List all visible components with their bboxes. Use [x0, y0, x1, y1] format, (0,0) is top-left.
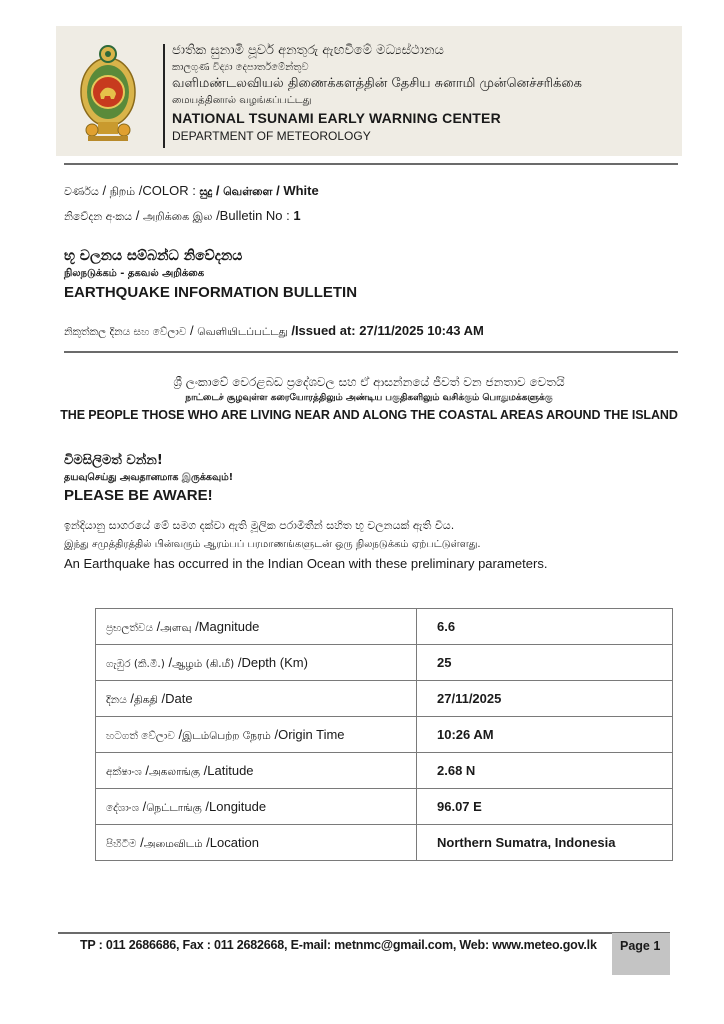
color-line: වර්ණය / நிறம் /COLOR : සුදු / வெள்ளை / W… [64, 183, 319, 200]
parameter-label-si: ගැඹුර (කි.මී.) [106, 658, 165, 670]
bulletin-number: 1 [293, 208, 300, 223]
header-tamil-title: வளிமண்டலவியல் திணைக்களத்தின் தேசிய சுனாம… [172, 75, 582, 93]
issued-label-en: /Issued at: [291, 323, 355, 338]
parameter-label: අක්ෂාංශ /அகலாங்கு /Latitude [96, 753, 417, 789]
aware-english: PLEASE BE AWARE! [64, 485, 233, 506]
color-label-ta: நிறம் [110, 185, 135, 198]
parameter-label-en: /Depth (Km) [238, 655, 308, 670]
bulletin-label-en: /Bulletin No [216, 208, 282, 223]
divider-top [64, 163, 678, 165]
parameter-label-en: /Latitude [204, 763, 254, 778]
parameter-label-ta: இடம்பெற்ற நேரம் [182, 730, 271, 742]
header-sinhala-title: ජාතික සුනාමි පූර්ව අනතුරු ඇඟවීමේ මධ්‍යස්… [172, 42, 582, 60]
sri-lanka-emblem-icon [78, 34, 138, 144]
title-sinhala: භූ චලනය සම්බන්ධ නිවේදනය [64, 246, 357, 266]
audience-english: THE PEOPLE THOSE WHO ARE LIVING NEAR AND… [56, 405, 682, 425]
parameters-table: ප්‍රභලත්වය /அளவு /Magnitude6.6ගැඹුර (කි.… [95, 608, 673, 861]
audience-block: ශ්‍රී ලංකාවේ වෙරළබඩ ප්‍රදේශවල සහ ඒ ආසන්න… [56, 373, 682, 425]
header-english-title: NATIONAL TSUNAMI EARLY WARNING CENTER [172, 108, 582, 128]
bulletin-title: භූ චලනය සම්බන්ධ නිවේදනය நிலநடுக்கம் - தக… [64, 246, 357, 304]
page-number: Page 1 [612, 933, 670, 975]
parameter-label-en: /Location [206, 835, 259, 850]
parameter-label: ගැඹුර (කි.මී.) /ஆழம் (கி.மீ) /Depth (Km) [96, 645, 417, 681]
footer-contact: TP : 011 2686686, Fax : 011 2682668, E-m… [80, 938, 597, 952]
parameter-label-si: පිහිටීම [106, 838, 136, 850]
header-sinhala-subtitle: කාලගුණ විද්‍යා දෙපාර්තමේන්තුව [172, 60, 582, 75]
parameter-label-ta: ஆழம் (கி.மீ) [172, 658, 234, 670]
intro-english: An Earthquake has occurred in the Indian… [64, 554, 547, 574]
parameter-label-si: හටගත් වේලාව [106, 730, 175, 742]
parameter-label-en: /Magnitude [195, 619, 259, 634]
title-tamil: நிலநடுக்கம் - தகவல் அறிக்கை [64, 266, 357, 282]
color-value-ta: வெள்ளை [223, 185, 272, 198]
parameter-value: 2.68 N [417, 753, 673, 789]
header-divider [163, 44, 165, 148]
parameter-value: 10:26 AM [417, 717, 673, 753]
parameter-label-si: දිනය [106, 694, 127, 706]
parameter-label-en: /Date [162, 691, 193, 706]
color-value-si: සුදු [199, 185, 212, 198]
parameter-label: දේශාංශ /நெட்டாங்கு /Longitude [96, 789, 417, 825]
header-text: ජාතික සුනාමි පූර්ව අනතුරු ඇඟවීමේ මධ්‍යස්… [172, 42, 582, 145]
divider-middle [64, 351, 678, 353]
table-row: හටගත් වේලාව /இடம்பெற்ற நேரம் /Origin Tim… [96, 717, 673, 753]
issued-label-ta: வெளியிடப்பட்டது [197, 326, 287, 338]
intro-sinhala: ඉන්දියානු සාගරයේ මේ සමග දක්වා ඇති මූලික … [64, 516, 547, 535]
aware-block: විමසිලිමත් වන්න! தயவுசெய்து அவதானமாக இரு… [64, 451, 233, 506]
parameter-label-en: /Longitude [205, 799, 266, 814]
table-row: අක්ෂාංශ /அகலாங்கு /Latitude2.68 N [96, 753, 673, 789]
parameter-label: පිහිටීම /அமைவிடம் /Location [96, 825, 417, 861]
title-english: EARTHQUAKE INFORMATION BULLETIN [64, 282, 357, 304]
parameter-label-si: දේශාංශ [106, 802, 139, 814]
table-row: දිනය /திகதி /Date27/11/2025 [96, 681, 673, 717]
issued-line: නිකුත්කල දිනය සහ වේලාව / வெளியிடப்பட்டது… [64, 323, 484, 339]
parameter-label-en: /Origin Time [274, 727, 344, 742]
parameter-value: 6.6 [417, 609, 673, 645]
letterhead: ජාතික සුනාමි පූර්ව අනතුරු ඇඟවීමේ මධ්‍යස්… [56, 26, 682, 156]
intro-block: ඉන්දියානු සාගරයේ මේ සමග දක්වා ඇති මූලික … [64, 516, 547, 574]
parameter-value: 96.07 E [417, 789, 673, 825]
parameter-label-si: ප්‍රභලත්වය [106, 622, 153, 634]
color-label-en: /COLOR [139, 183, 189, 198]
table-row: ප්‍රභලත්වය /அளவு /Magnitude6.6 [96, 609, 673, 645]
parameter-value: Northern Sumatra, Indonesia [417, 825, 673, 861]
parameter-label-ta: அமைவிடம் [144, 838, 203, 850]
table-row: පිහිටීම /அமைவிடம் /LocationNorthern Suma… [96, 825, 673, 861]
parameter-label-ta: நெட்டாங்கு [146, 802, 202, 814]
intro-tamil: இந்து சமுத்திரத்தில் பின்வரும் ஆரம்பப் ப… [64, 535, 547, 554]
table-row: දේශාංශ /நெட்டாங்கு /Longitude96.07 E [96, 789, 673, 825]
parameter-value: 25 [417, 645, 673, 681]
divider-footer [58, 932, 670, 934]
issued-value: 27/11/2025 10:43 AM [359, 323, 484, 338]
parameter-value: 27/11/2025 [417, 681, 673, 717]
aware-sinhala: විමසිලිමත් වන්න! [64, 451, 233, 470]
table-row: ගැඹුර (කි.මී.) /ஆழம் (கி.மீ) /Depth (Km)… [96, 645, 673, 681]
parameter-label: ප්‍රභලත්වය /அளவு /Magnitude [96, 609, 417, 645]
bulletin-line: නිවේදන අංකය / அறிக்கை இல /Bulletin No : … [64, 208, 301, 225]
parameter-label-ta: திகதி [134, 694, 158, 706]
header-tamil-subtitle: மையத்தினால் வழங்கப்பட்டது [172, 93, 582, 108]
issued-label-si: නිකුත්කල දිනය සහ වේලාව [64, 326, 186, 338]
color-label-si: වර්ණය [64, 185, 99, 198]
parameter-label: දිනය /திகதி /Date [96, 681, 417, 717]
header-english-subtitle: DEPARTMENT OF METEOROLOGY [172, 128, 582, 145]
audience-sinhala: ශ්‍රී ලංකාවේ වෙරළබඩ ප්‍රදේශවල සහ ඒ ආසන්න… [56, 373, 682, 391]
audience-tamil: நாட்டைச் சூழவுள்ள கரையோரத்திலும் அண்டிய … [56, 391, 682, 405]
bulletin-label-ta: அறிக்கை இல [143, 210, 213, 223]
parameter-label-ta: அகலாங்கு [149, 766, 200, 778]
parameter-label-si: අක්ෂාංශ [106, 766, 142, 778]
parameter-label-ta: அளவு [160, 622, 191, 634]
parameter-label: හටගත් වේලාව /இடம்பெற்ற நேரம் /Origin Tim… [96, 717, 417, 753]
color-value-en: White [283, 183, 318, 198]
aware-tamil: தயவுசெய்து அவதானமாக இருக்கவும்! [64, 470, 233, 485]
bulletin-label-si: නිවේදන අංකය [64, 210, 132, 223]
